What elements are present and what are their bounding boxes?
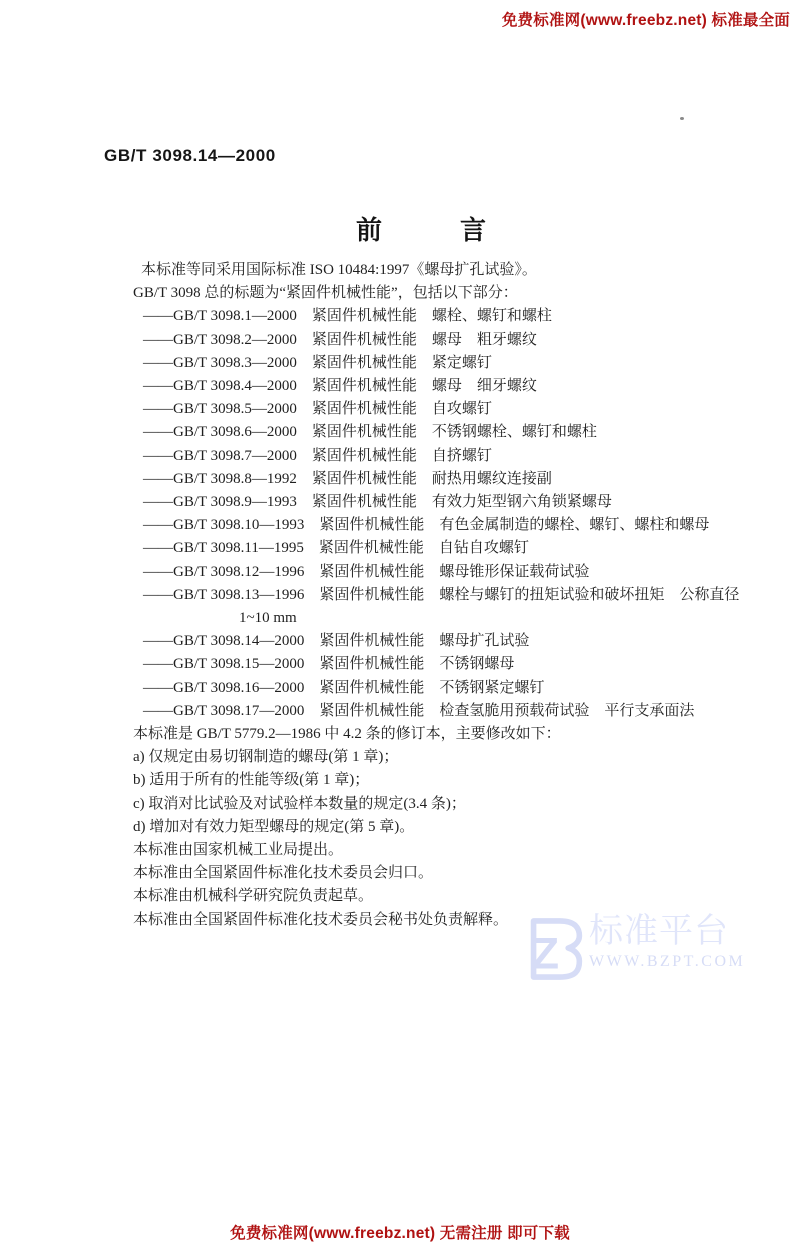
scanned-document-page: 免费标准网(www.freebz.net) 标准最全面 GB/T 3098.14…: [0, 0, 800, 1246]
text-line: 本标准由全国紧固件标准化技术委员会归口。: [133, 862, 753, 885]
text-line: ——GB/T 3098.5—2000 紧固件机械性能 自攻螺钉: [133, 398, 753, 421]
text-line: 本标准是 GB/T 5779.2—1986 中 4.2 条的修订本，主要修改如下…: [133, 723, 753, 746]
text-line: 本标准由全国紧固件标准化技术委员会秘书处负责解释。: [133, 909, 753, 932]
text-line: ——GB/T 3098.12—1996 紧固件机械性能 螺母锥形保证载荷试验: [133, 561, 753, 584]
text-line: ——GB/T 3098.11—1995 紧固件机械性能 自钻自攻螺钉: [133, 537, 753, 560]
text-line: d) 增加对有效力矩型螺母的规定(第 5 章)。: [133, 816, 753, 839]
text-line: ——GB/T 3098.14—2000 紧固件机械性能 螺母扩孔试验: [133, 630, 753, 653]
text-line: ——GB/T 3098.4—2000 紧固件机械性能 螺母 细牙螺纹: [133, 375, 753, 398]
site-footer-banner: 免费标准网(www.freebz.net) 无需注册 即可下载: [0, 1221, 800, 1243]
text-line: 本标准等同采用国际标准 ISO 10484:1997《螺母扩孔试验》。: [133, 259, 753, 282]
scan-speck-artifact: [680, 117, 684, 120]
text-line: ——GB/T 3098.1—2000 紧固件机械性能 螺栓、螺钉和螺柱: [133, 305, 753, 328]
standard-code: GB/T 3098.14—2000: [104, 146, 276, 166]
text-line: 本标准由国家机械工业局提出。: [133, 839, 753, 862]
text-line: a) 仅规定由易切钢制造的螺母(第 1 章)；: [133, 746, 753, 769]
svg-text:Z: Z: [532, 928, 559, 979]
text-line: c) 取消对比试验及对试验样本数量的规定(3.4 条)；: [133, 793, 753, 816]
text-line: 1~10 mm: [133, 607, 753, 630]
text-line: 本标准由机械科学研究院负责起草。: [133, 885, 753, 908]
watermark-url: WWW.BZPT.COM: [589, 953, 745, 971]
text-line: ——GB/T 3098.6—2000 紧固件机械性能 不锈钢螺栓、螺钉和螺柱: [133, 421, 753, 444]
text-line: ——GB/T 3098.7—2000 紧固件机械性能 自挤螺钉: [133, 445, 753, 468]
text-line: ——GB/T 3098.10—1993 紧固件机械性能 有色金属制造的螺栓、螺钉…: [133, 514, 753, 537]
text-line: ——GB/T 3098.2—2000 紧固件机械性能 螺母 粗牙螺纹: [133, 329, 753, 352]
foreword-lines: 本标准等同采用国际标准 ISO 10484:1997《螺母扩孔试验》。GB/T …: [133, 259, 753, 932]
text-line: ——GB/T 3098.8—1992 紧固件机械性能 耐热用螺纹连接副: [133, 468, 753, 491]
text-line: ——GB/T 3098.15—2000 紧固件机械性能 不锈钢螺母: [133, 653, 753, 676]
site-header-banner: 免费标准网(www.freebz.net) 标准最全面: [502, 8, 790, 30]
text-line: b) 适用于所有的性能等级(第 1 章)；: [133, 769, 753, 792]
text-line: ——GB/T 3098.9—1993 紧固件机械性能 有效力矩型钢六角锁紧螺母: [133, 491, 753, 514]
page-title-foreword: 前 言: [0, 210, 800, 247]
text-line: ——GB/T 3098.3—2000 紧固件机械性能 紧定螺钉: [133, 352, 753, 375]
text-line: ——GB/T 3098.16—2000 紧固件机械性能 不锈钢紧定螺钉: [133, 677, 753, 700]
text-line: ——GB/T 3098.17—2000 紧固件机械性能 检查氢脆用预载荷试验 平…: [133, 700, 753, 723]
text-line: ——GB/T 3098.13—1996 紧固件机械性能 螺栓与螺钉的扭矩试验和破…: [133, 584, 753, 607]
text-line: GB/T 3098 总的标题为“紧固件机械性能”，包括以下部分：: [133, 282, 753, 305]
